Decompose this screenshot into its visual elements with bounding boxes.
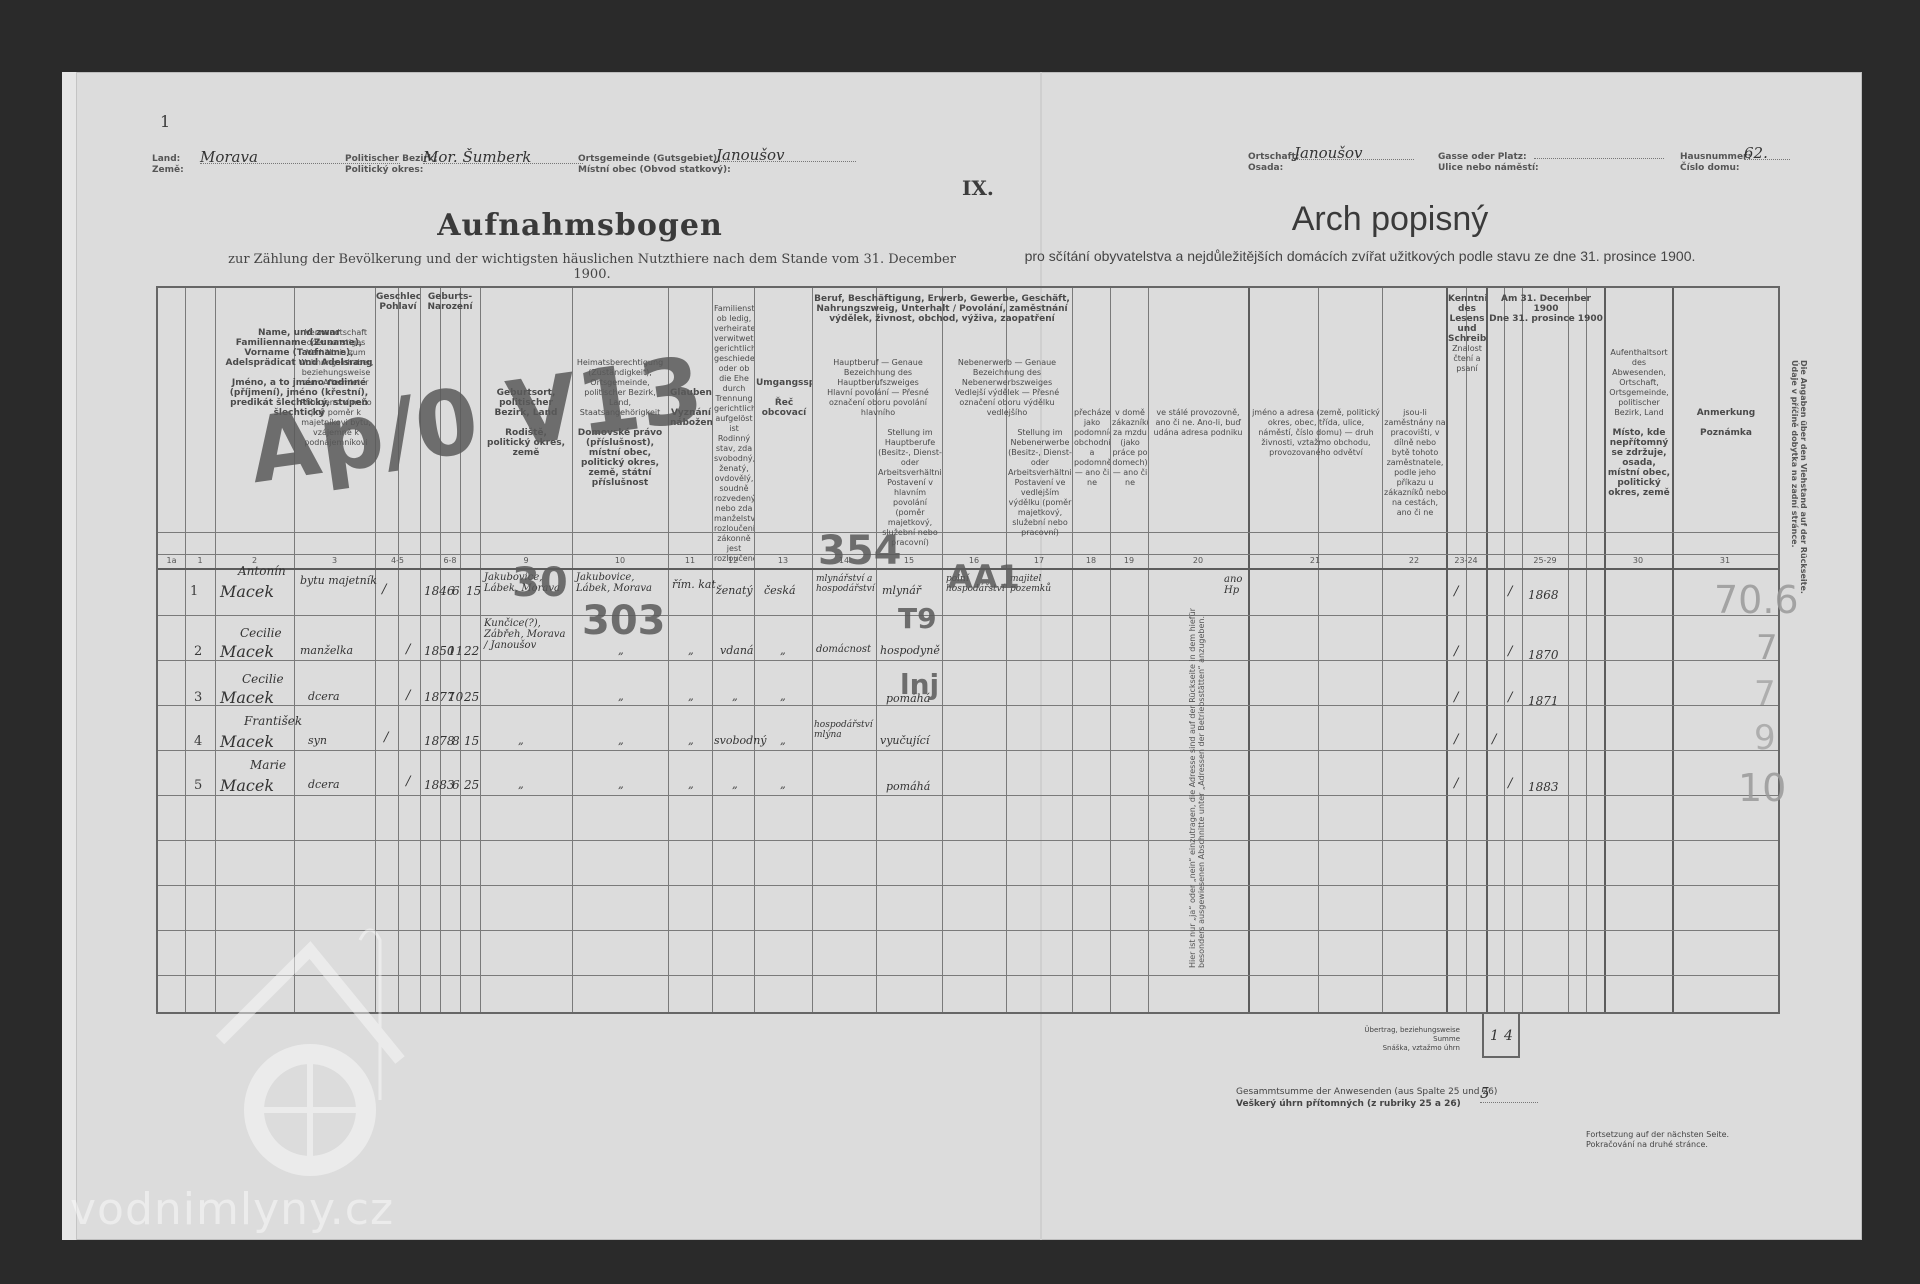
cell-day: 22 xyxy=(464,644,479,658)
cell-given-name: Cecilie xyxy=(242,672,284,686)
cell-day: 25 xyxy=(464,690,479,704)
cell-present-permanent: / xyxy=(1508,690,1512,705)
cell-female: / xyxy=(406,774,410,789)
col20-vertical-note: Hier ist nur „ja“ oder „nein“ einzutrage… xyxy=(1188,588,1206,968)
header-col-21: jméno a adresa (země, politický okres, o… xyxy=(1252,408,1380,458)
colnum-18: 18 xyxy=(1072,556,1110,570)
colnum-20: 20 xyxy=(1148,556,1248,570)
colnum-25-29: 25-29 xyxy=(1486,556,1604,570)
label-cz: Místní obec (Obvod statkový): xyxy=(578,165,731,176)
pencil-code: T9 xyxy=(898,602,937,635)
cell-domicile: Jakubovice, Lábek, Morava xyxy=(576,572,664,594)
cell-position: hospodyně xyxy=(880,644,940,657)
cell-language: česká xyxy=(764,584,796,597)
uebertrag-value: 1 xyxy=(1490,1028,1499,1044)
cell-religion: „ xyxy=(688,734,694,747)
label-cz: Politický okres: xyxy=(345,165,437,176)
pencil-code: 354 xyxy=(818,528,902,574)
cell-present-permanent: / xyxy=(1508,644,1512,659)
cell-family-status: svobodný xyxy=(714,734,767,747)
colnum-31: 31 xyxy=(1672,556,1778,570)
cell-religion: „ xyxy=(688,644,694,657)
cell-given-name: Antonín xyxy=(238,564,286,578)
field-ortschaft: Ortschaft: Osada: Janoušov xyxy=(1248,152,1299,174)
cell-month: 8 xyxy=(452,734,460,748)
cell-religion: „ xyxy=(688,690,694,703)
cell-since-year: 1871 xyxy=(1528,694,1559,708)
header-col-18: přecházením jako podomních obchodníků a … xyxy=(1074,408,1110,488)
colnum-30: 30 xyxy=(1604,556,1672,570)
colnum-3: 3 xyxy=(294,556,375,570)
label-cz: Číslo domu: xyxy=(1680,163,1751,174)
cell-relation: dcera xyxy=(308,778,340,791)
continue-note: Fortsetzung auf der nächsten Seite.Pokra… xyxy=(1586,1130,1729,1150)
cell-year: 1883 xyxy=(424,778,455,792)
header-col-16: Nebenerwerb — Genaue Bezeichnung des Neb… xyxy=(944,358,1070,418)
cell-month: 6 xyxy=(452,584,460,598)
cell-surname: Macek xyxy=(220,776,274,795)
cell-relation: bytu majetník xyxy=(300,574,377,587)
colnum-19: 19 xyxy=(1110,556,1148,570)
field-hausnummer: Hausnummer: Číslo domu: 62. xyxy=(1680,152,1751,174)
label-cz: Osada: xyxy=(1248,163,1299,174)
cell-domicile: „ xyxy=(618,778,624,791)
colnum-6-8: 6-8 xyxy=(420,556,480,570)
header-col-20: ve stálé provozovně, ano či ne. Ano-li, … xyxy=(1150,408,1246,438)
cell-present-permanent: / xyxy=(1508,776,1512,791)
cell-position: vyučující xyxy=(880,734,929,747)
cell-language: „ xyxy=(780,778,786,791)
pencil-remark: 7 xyxy=(1754,674,1776,714)
value-bezirk: Mor. Šumberk xyxy=(423,152,583,164)
cell-family-status: vdaná xyxy=(720,644,753,657)
title-german: Aufnahmsbogen xyxy=(380,208,780,243)
colnum-1: 1 xyxy=(185,556,215,570)
cell-year: 1846 xyxy=(424,584,455,598)
cell-birthplace: „ xyxy=(518,734,524,747)
uebertrag-value: 4 xyxy=(1504,1028,1513,1044)
colnum-10: 10 xyxy=(572,556,668,570)
cell-nr: 3 xyxy=(194,690,202,705)
cell-literacy: / xyxy=(1454,776,1458,791)
colnum-13: 13 xyxy=(754,556,812,570)
right-margin-note: Die Angaben über den Viehstand auf der R… xyxy=(1790,360,1808,660)
page-number: 1 xyxy=(160,112,170,131)
header-col-30: Aufenthaltsort des Abwesenden, Ortschaft… xyxy=(1606,348,1672,498)
cell-surname: Macek xyxy=(220,642,274,661)
cell-domicile: „ xyxy=(618,690,624,703)
cell-nr: 4 xyxy=(194,734,202,749)
cell-domicile: „ xyxy=(618,734,624,747)
subtitle-czech: pro sčítání obyvatelstva a nejdůležitějš… xyxy=(990,248,1730,264)
pencil-remark: 7 xyxy=(1756,628,1778,668)
colnum-4-5: 4-5 xyxy=(375,556,420,570)
section-roman: IX. xyxy=(962,176,994,200)
cell-relation: dcera xyxy=(308,690,340,703)
cell-literacy: / xyxy=(1454,644,1458,659)
cell-male: / xyxy=(382,582,386,597)
cell-position: mlynář xyxy=(882,584,921,597)
cell-month: 6 xyxy=(452,778,460,792)
header-col-23-24: Kenntnis des Lesens und SchreibensZnalos… xyxy=(1448,294,1486,374)
subtitle-german: zur Zählung der Bevölkerung und der wich… xyxy=(222,252,962,282)
pencil-remark: 70.6 xyxy=(1714,578,1799,622)
header-beruf-group: Beruf, Beschäftigung, Erwerb, Gewerbe, G… xyxy=(814,294,1070,324)
label-cz: Země: xyxy=(152,165,184,176)
cell-relation: manželka xyxy=(300,644,353,657)
cell-given-name: Cecilie xyxy=(240,626,282,640)
colnum-12: 12 xyxy=(712,556,754,570)
pencil-code: 303 xyxy=(582,598,666,644)
cell-surname: Macek xyxy=(220,688,274,707)
cell-given-name: František xyxy=(244,714,302,728)
colnum-1a: 1a xyxy=(158,556,185,570)
pencil-code: 30 xyxy=(512,560,568,606)
cell-domicile: „ xyxy=(618,644,624,657)
cell-birthplace: Kunčice(?), Zábřeh, Morava / Janoušov xyxy=(484,618,570,651)
cell-language: „ xyxy=(780,690,786,703)
header-col-14: Hauptberuf — Genaue Bezeichnung des Haup… xyxy=(814,358,942,418)
cell-surname: Macek xyxy=(220,582,274,601)
colnum-11: 11 xyxy=(668,556,712,570)
header-col-19: v domě zákazníků za mzdu (jako práce po … xyxy=(1112,408,1148,488)
watermark-text: vodnimlyny.cz xyxy=(70,1184,394,1235)
cell-nr: 2 xyxy=(194,644,202,659)
header-col-4-5: GeschlechtPohlaví xyxy=(376,292,420,312)
value-ortsgemeinde: Janoušov xyxy=(716,150,856,162)
header-col-13: UmgangsspracheŘeč obcovací xyxy=(756,378,812,418)
cell-surname: Macek xyxy=(220,732,274,751)
cell-month: 11 xyxy=(448,644,463,658)
cell-present-temporary: / xyxy=(1492,732,1496,747)
cell-since-year: 1868 xyxy=(1528,588,1559,602)
sheet-edge xyxy=(62,72,77,1240)
cell-given-name: Marie xyxy=(250,758,286,772)
cell-male: / xyxy=(384,730,388,745)
cell-col20: ano Hp xyxy=(1224,574,1246,596)
cell-nr: 5 xyxy=(194,778,202,793)
value-gasse xyxy=(1534,158,1664,159)
cell-nr: 1 xyxy=(190,584,198,599)
cell-occupation: domácnost xyxy=(816,644,871,655)
uebertrag-box: 1 4 xyxy=(1482,1014,1520,1058)
colnum-22: 22 xyxy=(1382,556,1446,570)
cell-family-status: „ xyxy=(732,690,738,703)
cell-language: „ xyxy=(780,644,786,657)
cell-literacy: / xyxy=(1454,584,1458,599)
pencil-code: AA1 xyxy=(948,558,1020,596)
pencil-remark: 10 xyxy=(1738,766,1786,810)
field-bezirk: Politischer Bezirk: Politický okres: Mor… xyxy=(345,154,437,176)
cell-family-status: „ xyxy=(732,778,738,791)
field-ortsgemeinde: Ortsgemeinde (Gutsgebiet): Místní obec (… xyxy=(578,154,731,176)
cell-month: 10 xyxy=(448,690,463,704)
cell-religion: „ xyxy=(688,778,694,791)
cell-language: „ xyxy=(780,734,786,747)
value-ortschaft: Janoušov xyxy=(1294,148,1414,160)
cell-since-year: 1870 xyxy=(1528,648,1559,662)
header-col-6-8: Geburts-Narození xyxy=(420,292,480,312)
pencil-remark: 9 xyxy=(1754,718,1776,758)
cell-day: 15 xyxy=(464,734,479,748)
cell-position: pomáhá xyxy=(886,780,930,793)
label-de: Gasse oder Platz: xyxy=(1438,152,1539,163)
header-col-31: AnmerkungPoznámka xyxy=(1674,408,1778,438)
cell-present-permanent: / xyxy=(1508,584,1512,599)
cell-day: 25 xyxy=(464,778,479,792)
cell-day: 15 xyxy=(466,584,481,598)
header-col-22: jsou-li zaměstnány na pracovišti, v díln… xyxy=(1384,408,1446,518)
header-col-17: Stellung im Nebenerwerbe (Besitz-, Diens… xyxy=(1008,428,1072,538)
value-hausnummer: 62. xyxy=(1744,148,1790,160)
cell-birthplace: „ xyxy=(518,778,524,791)
cell-since-year: 1883 xyxy=(1528,780,1559,794)
label-de: Ortschaft: xyxy=(1248,152,1299,163)
colnum-21: 21 xyxy=(1248,556,1382,570)
header-col-25-29: Am 31. December 1900Dne 31. prosince 190… xyxy=(1488,294,1604,324)
cell-occupation: hospodářství mlýna xyxy=(814,720,874,740)
mill-logo-icon xyxy=(180,900,440,1180)
cell-female: / xyxy=(406,642,410,657)
cell-occupation: mlynářství a hospodářství xyxy=(816,574,876,594)
cell-religion: řím. kat. xyxy=(672,578,719,591)
cell-family-status: ženatý xyxy=(716,584,753,597)
header-col-12: Familienstand, ob ledig, verheiratet, ve… xyxy=(714,304,754,564)
cell-literacy: / xyxy=(1454,732,1458,747)
cell-year: 1878 xyxy=(424,734,455,748)
title-czech: Arch popisný xyxy=(1230,200,1550,239)
field-land: Land: Země: Morava xyxy=(152,154,184,176)
cell-relation: syn xyxy=(308,734,327,747)
cell-literacy: / xyxy=(1454,690,1458,705)
gesammtsumme-value: 5 xyxy=(1480,1084,1538,1103)
colnum-23-24: 23-24 xyxy=(1446,556,1486,570)
pencil-code: lnj xyxy=(900,668,939,701)
label-cz: Ulice nebo náměstí: xyxy=(1438,163,1539,174)
label-de: Ortsgemeinde (Gutsgebiet): xyxy=(578,154,731,165)
cell-female: / xyxy=(406,688,410,703)
field-gasse: Gasse oder Platz: Ulice nebo náměstí: xyxy=(1438,152,1539,174)
gesammtsumme-label: Gesammtsumme der Anwesenden (aus Spalte … xyxy=(1236,1086,1497,1110)
uebertrag-label: Übertrag, beziehungsweise SummeSnáška, v… xyxy=(1340,1026,1460,1053)
label-de: Land: xyxy=(152,154,184,165)
label-de: Hausnummer: xyxy=(1680,152,1751,163)
